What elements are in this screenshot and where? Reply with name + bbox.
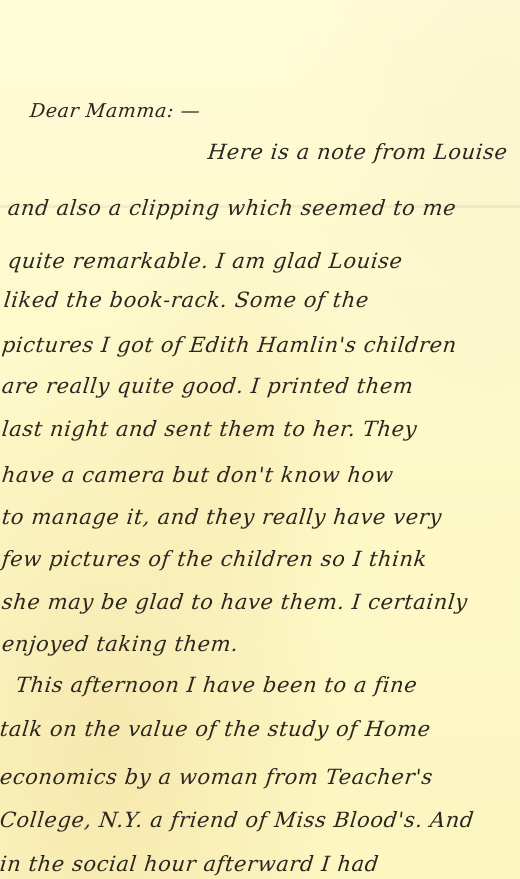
letter-line-4: liked the book-rack. Some of the [3, 288, 371, 312]
letter-line-6: are really quite good. I printed them [1, 374, 415, 398]
letter-line-1: Here is a note from Louise [207, 140, 509, 164]
letter-line-9: to manage it, and they really have very [1, 505, 443, 529]
salutation: Dear Mamma: — [29, 100, 202, 122]
letter-line-16: College, N.Y. a friend of Miss Blood's. … [0, 808, 475, 832]
letter-line-17: in the social hour afterward I had [0, 852, 380, 876]
letter-line-8: have a camera but don't know how [1, 463, 395, 487]
letter-page: Dear Mamma: — Here is a note from Louise… [0, 0, 520, 879]
letter-line-3: quite remarkable. I am glad Louise [7, 249, 404, 273]
letter-line-5: pictures I got of Edith Hamlin's childre… [1, 333, 458, 357]
letter-line-12: enjoyed taking them. [1, 632, 240, 656]
letter-line-11: she may be glad to have them. I certainl… [1, 590, 469, 614]
letter-line-10: few pictures of the children so I think [1, 547, 429, 571]
letter-line-2: and also a clipping which seemed to me [7, 196, 458, 220]
letter-line-14: talk on the value of the study of Home [0, 717, 432, 741]
letter-line-13: This afternoon I have been to a fine [15, 673, 419, 697]
letter-line-15: economics by a woman from Teacher's [0, 765, 434, 789]
letter-line-7: last night and sent them to her. They [1, 417, 419, 441]
